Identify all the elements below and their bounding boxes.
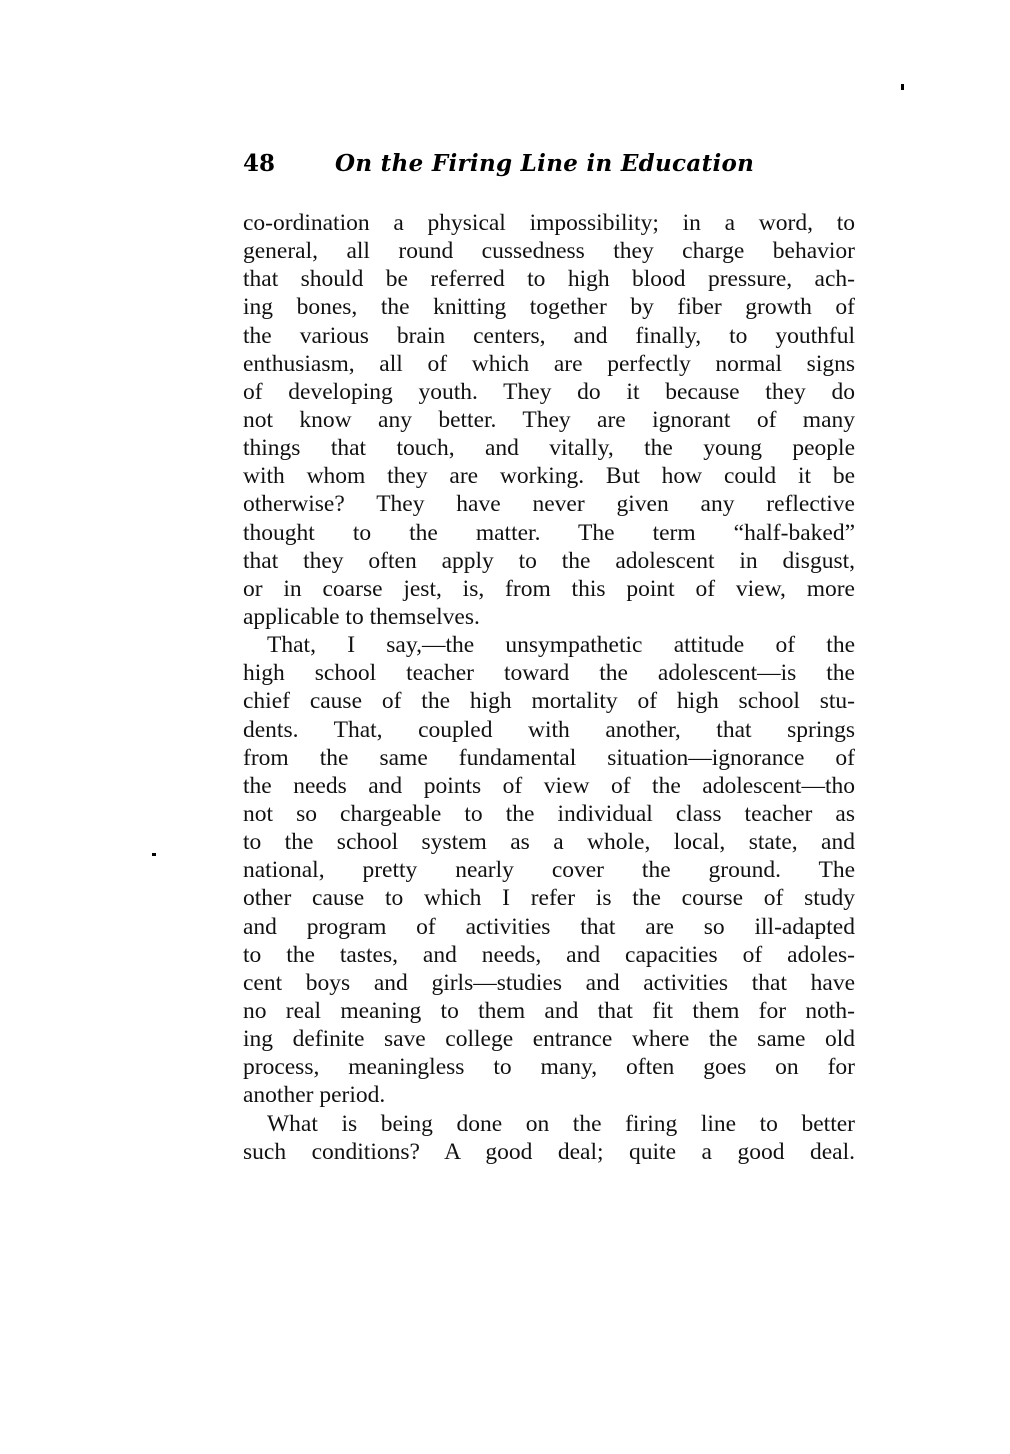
text-line: enthusiasm, all of which are perfectly n… — [243, 350, 855, 378]
text-line: from the same fundamental situation—igno… — [243, 744, 855, 772]
text-line: no real meaning to them and that fit the… — [243, 997, 855, 1025]
text-line: things that touch, and vitally, the youn… — [243, 434, 855, 462]
text-line: that they often apply to the adolescent … — [243, 547, 855, 575]
text-line: not know any better. They are ignorant o… — [243, 406, 855, 434]
text-line: other cause to which I refer is the cour… — [243, 884, 855, 912]
body-text: co-ordination a physical impossibility; … — [243, 209, 855, 1166]
page-number: 48 — [243, 150, 275, 177]
scan-speck — [152, 853, 156, 856]
scan-speck — [901, 84, 904, 90]
text-line: with whom they are working. But how coul… — [243, 462, 855, 490]
text-line: such conditions? A good deal; quite a go… — [243, 1138, 855, 1166]
text-line: That, I say,—the unsympathetic attitude … — [243, 631, 855, 659]
text-line: What is being done on the firing line to… — [243, 1110, 855, 1138]
text-line: thought to the matter. The term “half-ba… — [243, 519, 855, 547]
text-line: cent boys and girls—studies and activiti… — [243, 969, 855, 997]
text-line: ing bones, the knitting together by fibe… — [243, 293, 855, 321]
text-line: high school teacher toward the adolescen… — [243, 659, 855, 687]
running-head: 48 On the Firing Line in Education — [243, 150, 855, 182]
running-title: On the Firing Line in Education — [335, 150, 754, 177]
text-line: of developing youth. They do it because … — [243, 378, 855, 406]
text-line: dents. That, coupled with another, that … — [243, 716, 855, 744]
text-line: national, pretty nearly cover the ground… — [243, 856, 855, 884]
text-line: chief cause of the high mortality of hig… — [243, 687, 855, 715]
text-line: the various brain centers, and finally, … — [243, 322, 855, 350]
text-line: and program of activities that are so il… — [243, 913, 855, 941]
text-line: not so chargeable to the individual clas… — [243, 800, 855, 828]
text-line: ing definite save college entrance where… — [243, 1025, 855, 1053]
text-line: the needs and points of view of the adol… — [243, 772, 855, 800]
text-line: co-ordination a physical impossibility; … — [243, 209, 855, 237]
text-line: general, all round cussedness they charg… — [243, 237, 855, 265]
text-line: that should be referred to high blood pr… — [243, 265, 855, 293]
text-line: otherwise? They have never given any ref… — [243, 490, 855, 518]
text-line: to the school system as a whole, local, … — [243, 828, 855, 856]
text-line: to the tastes, and needs, and capacities… — [243, 941, 855, 969]
text-line: applicable to themselves. — [243, 603, 855, 631]
text-line: process, meaningless to many, often goes… — [243, 1053, 855, 1081]
text-line: or in coarse jest, is, from this point o… — [243, 575, 855, 603]
text-line: another period. — [243, 1081, 855, 1109]
book-page: 48 On the Firing Line in Education co-or… — [0, 0, 1010, 1454]
